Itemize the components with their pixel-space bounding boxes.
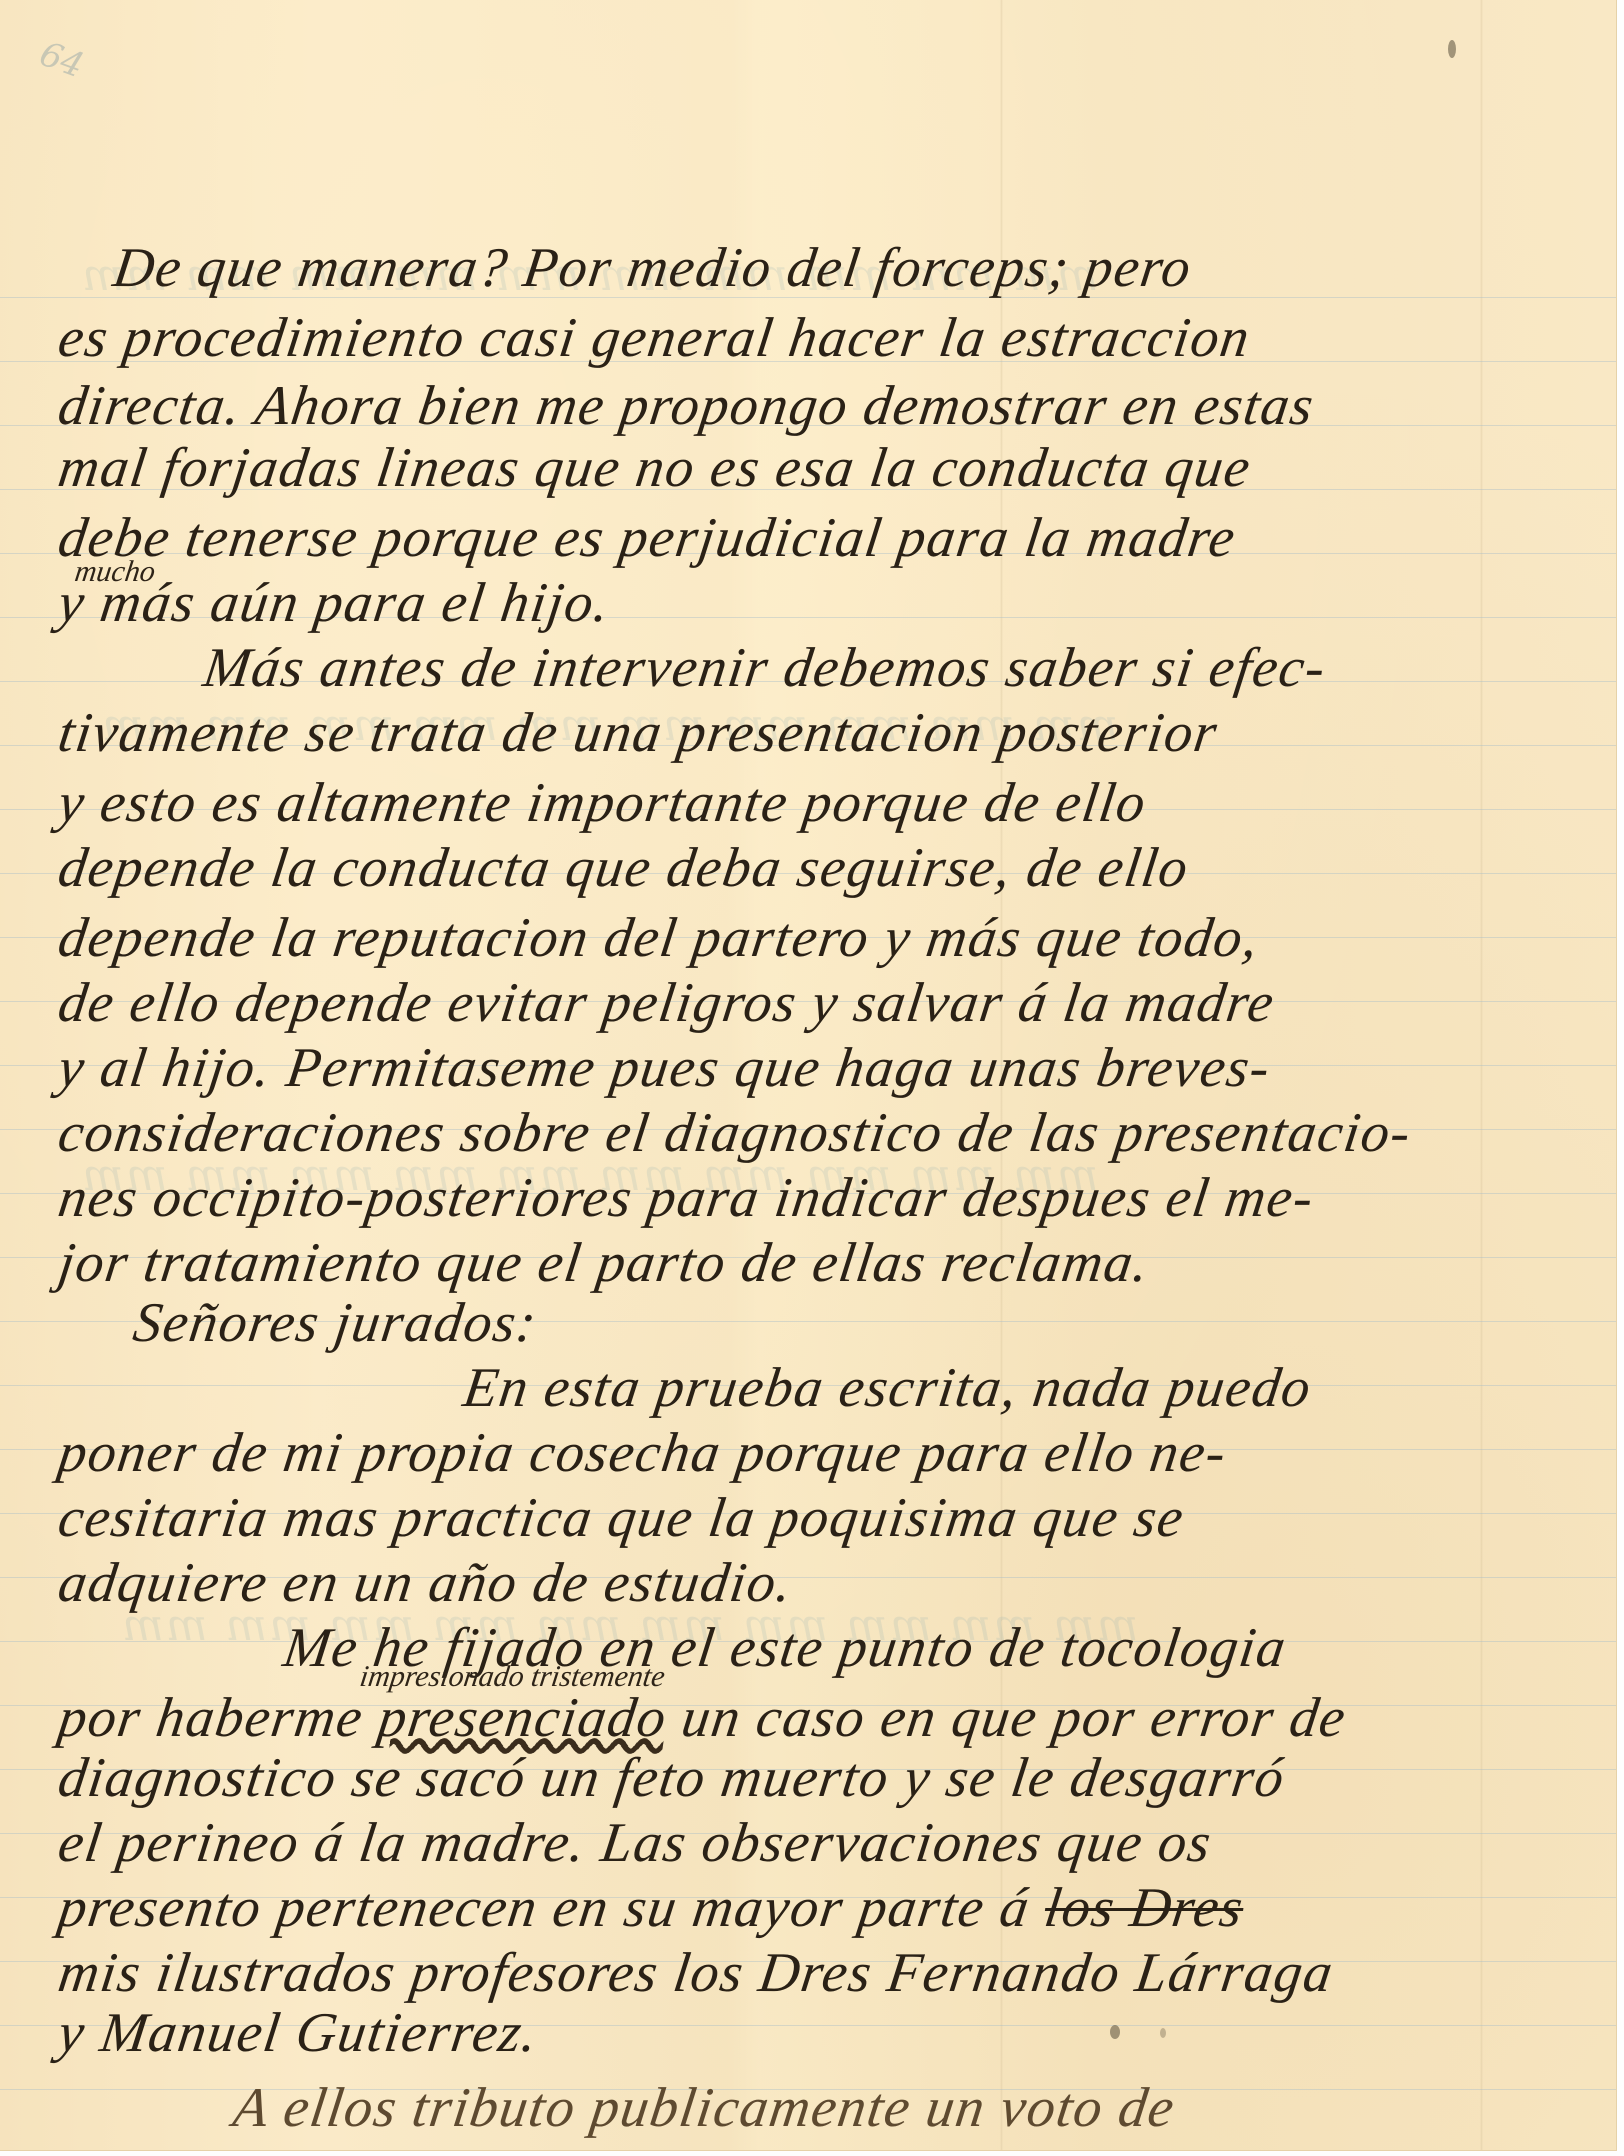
manuscript-line: poner de mi propia cosecha porque para e… <box>55 1425 1230 1481</box>
manuscript-line: mis ilustrados profesores los Dres Ferna… <box>55 1945 1337 2001</box>
manuscript-line: nes occipito-posteriores para indicar de… <box>55 1170 1318 1226</box>
manuscript-line: consideraciones sobre el diagnostico de … <box>55 1105 1415 1161</box>
manuscript-line: mal forjadas lineas que no es esa la con… <box>55 440 1255 496</box>
manuscript-line: depende la conducta que deba seguirse, d… <box>55 840 1192 896</box>
replaced-word: presenciado <box>374 1687 671 1749</box>
manuscript-line: jor tratamiento que el parto de ellas re… <box>55 1235 1153 1291</box>
struck-text: los Dres <box>1041 1877 1248 1939</box>
manuscript-line: y Manuel Gutierrez. <box>55 2005 542 2061</box>
manuscript-line: directa. Ahora bien me propongo demostra… <box>55 378 1318 434</box>
manuscript-line: En esta prueba escrita, nada puedo <box>460 1360 1315 1416</box>
manuscript-line: cesitaria mas practica que la poquisima … <box>55 1490 1188 1546</box>
manuscript-line: A ellos tributo publicamente un voto de <box>230 2080 1179 2136</box>
manuscript-line: depende la reputacion del partero y más … <box>55 910 1263 966</box>
line-text: un caso en que por error de <box>662 1687 1350 1749</box>
manuscript-line: y esto es altamente importante porque de… <box>55 775 1150 831</box>
manuscript-line: y al hijo. Permitaseme pues que haga una… <box>55 1040 1274 1096</box>
manuscript-line: tivamente se trata de una presentacion p… <box>55 705 1222 761</box>
manuscript-line: presento pertenecen en su mayor parte á … <box>55 1880 1247 1936</box>
manuscript-line: Más antes de intervenir debemos saber si… <box>200 640 1330 696</box>
ink-blemish <box>1448 40 1456 58</box>
manuscript-line: diagnostico se sacó un feto muerto y se … <box>55 1750 1289 1806</box>
manuscript-page: 64 mm mm mm mm mm mm mm mm mm mm mm mm m… <box>0 0 1617 2151</box>
manuscript-line: por haberme presenciado un caso en que p… <box>55 1690 1350 1746</box>
manuscript-line: es procedimiento casi general hacer la e… <box>55 310 1254 366</box>
manuscript-line: de ello depende evitar peligros y salvar… <box>55 975 1278 1031</box>
corner-pencil-mark: 64 <box>34 34 88 86</box>
salutation: Señores jurados: <box>130 1295 541 1351</box>
paper-fold <box>1480 0 1483 2150</box>
manuscript-line: adquiere en un año de estudio. <box>55 1555 796 1611</box>
manuscript-line: y más aún para el hijo. <box>55 575 614 631</box>
ink-blot <box>1160 2028 1166 2038</box>
manuscript-line: debe tenerse porque es perjudicial para … <box>55 510 1240 566</box>
line-text: presento pertenecen en su mayor parte á <box>55 1877 1050 1939</box>
ink-blot <box>1110 2025 1120 2039</box>
manuscript-line: De que manera? Por medio del forceps; pe… <box>110 240 1195 296</box>
line-text: por haberme <box>55 1687 383 1749</box>
manuscript-line: el perineo á la madre. Las observaciones… <box>55 1815 1215 1871</box>
